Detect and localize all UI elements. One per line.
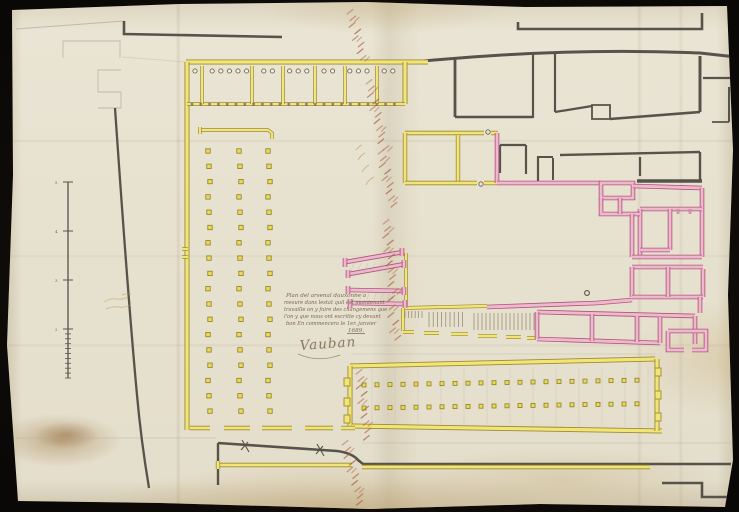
chalk-stroke	[361, 413, 367, 418]
timber-post	[267, 256, 271, 260]
timber-post	[267, 210, 271, 214]
column-base-mark	[314, 103, 317, 106]
column-mark	[219, 69, 223, 73]
pilaster	[655, 391, 661, 399]
column-base-mark	[200, 103, 203, 106]
timber-post	[492, 381, 496, 385]
timber-post	[208, 317, 212, 321]
timber-post	[207, 348, 211, 352]
scale-tick-label: 3	[55, 278, 58, 283]
plan-sheet: 5432	[0, 0, 739, 512]
bottom-range-interior	[344, 367, 661, 427]
timber-post	[206, 332, 210, 336]
timber-post	[237, 378, 241, 382]
column-base-mark	[226, 103, 229, 106]
timber-post	[596, 379, 600, 383]
inscription-line: l'on y que nous ont escritte cy devant	[284, 314, 382, 320]
timber-post	[208, 179, 212, 183]
column-mark	[348, 69, 352, 73]
column-mark	[356, 69, 360, 73]
column-mark	[210, 69, 214, 73]
timber-post	[239, 179, 243, 183]
timber-post	[518, 380, 522, 384]
wall-fill	[633, 186, 702, 188]
column-mark	[193, 69, 197, 73]
chalk-stroke	[379, 132, 385, 137]
chalk-stroke	[395, 335, 401, 340]
timber-post	[268, 225, 272, 229]
signature-flourish	[298, 354, 340, 359]
wall-edge	[200, 130, 272, 139]
chalk-stroke	[362, 400, 367, 405]
timber-post	[596, 402, 600, 406]
timber-post	[622, 378, 626, 382]
timber-post	[635, 378, 639, 382]
timber-post	[207, 302, 211, 306]
signature: Vauban	[299, 334, 357, 354]
timber-post	[237, 195, 241, 199]
inscription-line: travaille on y faire des changemens que	[284, 307, 387, 313]
column-base-mark	[340, 103, 343, 106]
timber-post	[268, 363, 272, 367]
scale-bar: 5432	[55, 180, 73, 378]
chalk-stroke	[368, 86, 374, 91]
inscription-date: 1689.	[348, 328, 364, 334]
column-mark	[391, 69, 395, 73]
chalk-stroke	[347, 9, 353, 14]
column-mark	[262, 69, 266, 73]
chalk-stroke	[389, 227, 394, 232]
chalk-stroke	[386, 177, 391, 182]
pilaster	[344, 378, 350, 386]
column-mark	[305, 69, 309, 73]
chalk-stroke	[388, 196, 394, 201]
timber-post	[505, 380, 509, 384]
column-base-mark	[235, 103, 238, 106]
chalk-stroke	[375, 112, 381, 117]
chalk-stroke	[374, 107, 379, 112]
column-base-mark	[208, 103, 211, 106]
column-mark	[331, 69, 335, 73]
chalk-stroke	[356, 369, 362, 374]
timber-post	[479, 381, 483, 385]
timber-post	[609, 379, 613, 383]
chalk-stroke	[388, 147, 393, 152]
timber-post	[622, 402, 626, 406]
column-base-mark	[367, 103, 370, 106]
timber-post	[239, 363, 243, 367]
timber-post	[208, 271, 212, 275]
timber-post	[207, 394, 211, 398]
plan-drawing: 5432	[0, 0, 739, 512]
timber-post	[557, 380, 561, 384]
timber-post	[207, 256, 211, 260]
timber-post	[206, 287, 210, 291]
column-mark	[270, 69, 274, 73]
timber-post	[557, 403, 561, 407]
chalk-stroke	[349, 22, 355, 27]
chalk-stroke	[358, 399, 364, 404]
wall-edge	[601, 183, 633, 198]
chalk-stroke	[355, 29, 361, 34]
timber-post	[206, 195, 210, 199]
timber-post	[427, 382, 431, 386]
inscription-line: Plan del arsenal dauxonne a	[285, 293, 366, 299]
column-base-mark	[305, 103, 308, 106]
chalk-stroke	[362, 378, 367, 383]
timber-post	[440, 382, 444, 386]
chalk-stroke	[388, 281, 394, 286]
chalk-stroke	[380, 156, 386, 161]
timber-post	[531, 403, 535, 407]
timber-post	[239, 271, 243, 275]
timber-post	[208, 363, 212, 367]
chalk-stroke	[352, 35, 358, 40]
scale-tick-label: 2	[55, 327, 58, 332]
timber-post	[466, 381, 470, 385]
timber-post	[207, 164, 211, 168]
chalk-stroke	[384, 226, 390, 231]
chalk-stroke	[374, 119, 380, 124]
column-base-mark	[296, 103, 299, 106]
photograph-black-backdrop: 5432	[0, 0, 739, 512]
chalk-stroke	[393, 269, 398, 274]
chalk-stroke	[384, 169, 390, 174]
chalk-stroke	[381, 127, 386, 132]
pilaster	[344, 398, 350, 406]
column-base-mark	[270, 103, 273, 106]
chalk-stroke	[354, 17, 359, 22]
timber-post	[492, 404, 496, 408]
chalk-stroke	[351, 480, 357, 485]
timber-post	[362, 383, 366, 387]
timber-post	[609, 402, 613, 406]
chalk-stroke	[394, 329, 399, 334]
chalk-stroke	[379, 162, 385, 167]
chalk-stroke	[387, 182, 393, 187]
timber-post	[375, 383, 379, 387]
timber-post	[479, 404, 483, 408]
timber-post	[267, 164, 271, 168]
column-mark	[365, 69, 369, 73]
chalk-stroke	[389, 274, 395, 279]
chalk-stroke	[387, 312, 393, 317]
column-mark	[236, 69, 240, 73]
timber-post	[518, 404, 522, 408]
column-base-mark	[279, 103, 282, 106]
timber-post	[268, 271, 272, 275]
column-base-mark	[376, 103, 379, 106]
wall-fill	[537, 312, 695, 316]
pilaster	[344, 415, 350, 423]
timber-post	[388, 383, 392, 387]
timber-post	[237, 287, 241, 291]
column-base-mark	[332, 103, 335, 106]
scale-tick-label: 4	[55, 229, 58, 234]
chalk-stroke	[351, 468, 356, 473]
timber-post	[544, 403, 548, 407]
column-mark	[288, 69, 292, 73]
timber-post	[453, 381, 457, 385]
chalk-stroke	[357, 49, 363, 54]
chalk-stroke	[357, 494, 363, 499]
chalk-stroke	[382, 176, 388, 181]
timber-post	[206, 149, 210, 153]
timber-post	[268, 409, 272, 413]
timber-post	[266, 287, 270, 291]
chalk-stroke	[370, 106, 376, 111]
column-base-mark	[252, 103, 255, 106]
chalk-stroke	[367, 92, 373, 97]
timber-post	[238, 394, 242, 398]
column-base-mark	[244, 103, 247, 106]
timber-post	[238, 256, 242, 260]
timber-post	[570, 403, 574, 407]
column-base-mark	[358, 103, 361, 106]
chalk-stroke	[378, 149, 384, 154]
chalk-stroke	[393, 197, 398, 202]
yellow-walls-main	[186, 62, 662, 431]
inscription-line: bon En commencera le 1er. janvier	[286, 321, 377, 327]
column-mark	[245, 69, 249, 73]
colonnade-columns	[191, 69, 396, 106]
pilaster	[655, 413, 661, 421]
timber-post	[266, 378, 270, 382]
timber-post	[238, 164, 242, 168]
timber-post	[238, 302, 242, 306]
column-base-mark	[393, 103, 396, 106]
timber-post	[544, 380, 548, 384]
chalk-stroke	[356, 384, 362, 389]
timber-post	[206, 378, 210, 382]
wall-edge	[668, 331, 706, 350]
chalk-stroke	[366, 79, 372, 84]
chalk-stroke	[394, 306, 399, 311]
timber-post	[237, 332, 241, 336]
column-base-mark	[217, 103, 220, 106]
chalk-stroke	[352, 474, 358, 479]
column-base-mark	[288, 103, 291, 106]
timber-post	[531, 380, 535, 384]
chalk-stroke	[356, 500, 362, 505]
column-base-mark	[323, 103, 326, 106]
column-mark	[227, 69, 231, 73]
chalk-stroke	[358, 42, 364, 47]
chalk-stroke	[387, 240, 393, 245]
chalk-stroke	[383, 233, 389, 238]
timber-post	[268, 317, 272, 321]
chalk-stroke	[376, 125, 382, 130]
inscription-block: Plan del arsenal dauxonne a mesure dans …	[284, 293, 387, 359]
timber-post	[388, 406, 392, 410]
timber-post	[583, 403, 587, 407]
timber-post	[466, 404, 470, 408]
chalk-stroke	[361, 391, 367, 396]
wall-fill	[346, 252, 403, 262]
timber-post	[427, 405, 431, 409]
timber-post	[267, 394, 271, 398]
column-mark	[382, 69, 386, 73]
timber-post	[267, 302, 271, 306]
chalk-stroke	[391, 202, 397, 207]
chalk-stroke	[342, 440, 348, 445]
chalk-stroke	[393, 320, 399, 325]
chalk-stroke	[357, 37, 362, 42]
timber-post	[414, 405, 418, 409]
timber-post	[635, 402, 639, 406]
timber-post	[401, 382, 405, 386]
pilaster	[655, 368, 661, 376]
column-base-mark	[349, 103, 352, 106]
timber-post	[239, 225, 243, 229]
chalk-stroke	[383, 219, 389, 224]
chalk-stroke	[349, 448, 354, 453]
inscription-line: mesure dans lestat quil est maintenant	[284, 300, 386, 306]
timber-post	[206, 241, 210, 245]
courtyard-post-grid	[206, 149, 272, 414]
timber-post	[239, 317, 243, 321]
wall-fill	[537, 339, 660, 343]
yellow-stable-range	[403, 306, 536, 338]
timber-post	[238, 348, 242, 352]
column-mark	[322, 69, 326, 73]
wall-fill	[668, 331, 706, 350]
timber-post	[440, 405, 444, 409]
timber-post	[208, 225, 212, 229]
timber-post	[239, 409, 243, 413]
timber-post	[414, 382, 418, 386]
chalk-stroke	[350, 16, 356, 21]
timber-post	[453, 405, 457, 409]
chalk-stroke	[384, 247, 390, 252]
timber-post	[266, 149, 270, 153]
timber-post	[237, 149, 241, 153]
chalk-stroke	[359, 488, 364, 493]
chalk-stroke	[363, 435, 369, 440]
timber-post	[237, 241, 241, 245]
wall-fill	[487, 303, 597, 307]
timber-post	[266, 195, 270, 199]
scale-tick-label: 5	[55, 180, 58, 185]
chalk-stroke	[347, 467, 353, 472]
column-base-mark	[384, 103, 387, 106]
timber-post	[267, 348, 271, 352]
timber-post	[375, 406, 379, 410]
chalk-stroke	[386, 189, 392, 194]
timber-post	[401, 405, 405, 409]
column-base-mark	[261, 103, 264, 106]
column-mark	[296, 69, 300, 73]
chalk-stroke	[389, 328, 395, 333]
timber-post	[238, 210, 242, 214]
chalk-stroke	[345, 447, 351, 452]
timber-post	[208, 409, 212, 413]
timber-post	[266, 332, 270, 336]
timber-post	[583, 379, 587, 383]
timber-post	[505, 404, 509, 408]
chalk-stroke	[354, 487, 360, 492]
timber-post	[570, 379, 574, 383]
chalk-stroke	[378, 139, 384, 144]
chalk-stroke	[358, 377, 364, 382]
chalk-stroke	[385, 157, 390, 162]
timber-post	[207, 210, 211, 214]
timber-post	[268, 179, 272, 183]
column-base-mark	[191, 103, 194, 106]
timber-post	[266, 241, 270, 245]
